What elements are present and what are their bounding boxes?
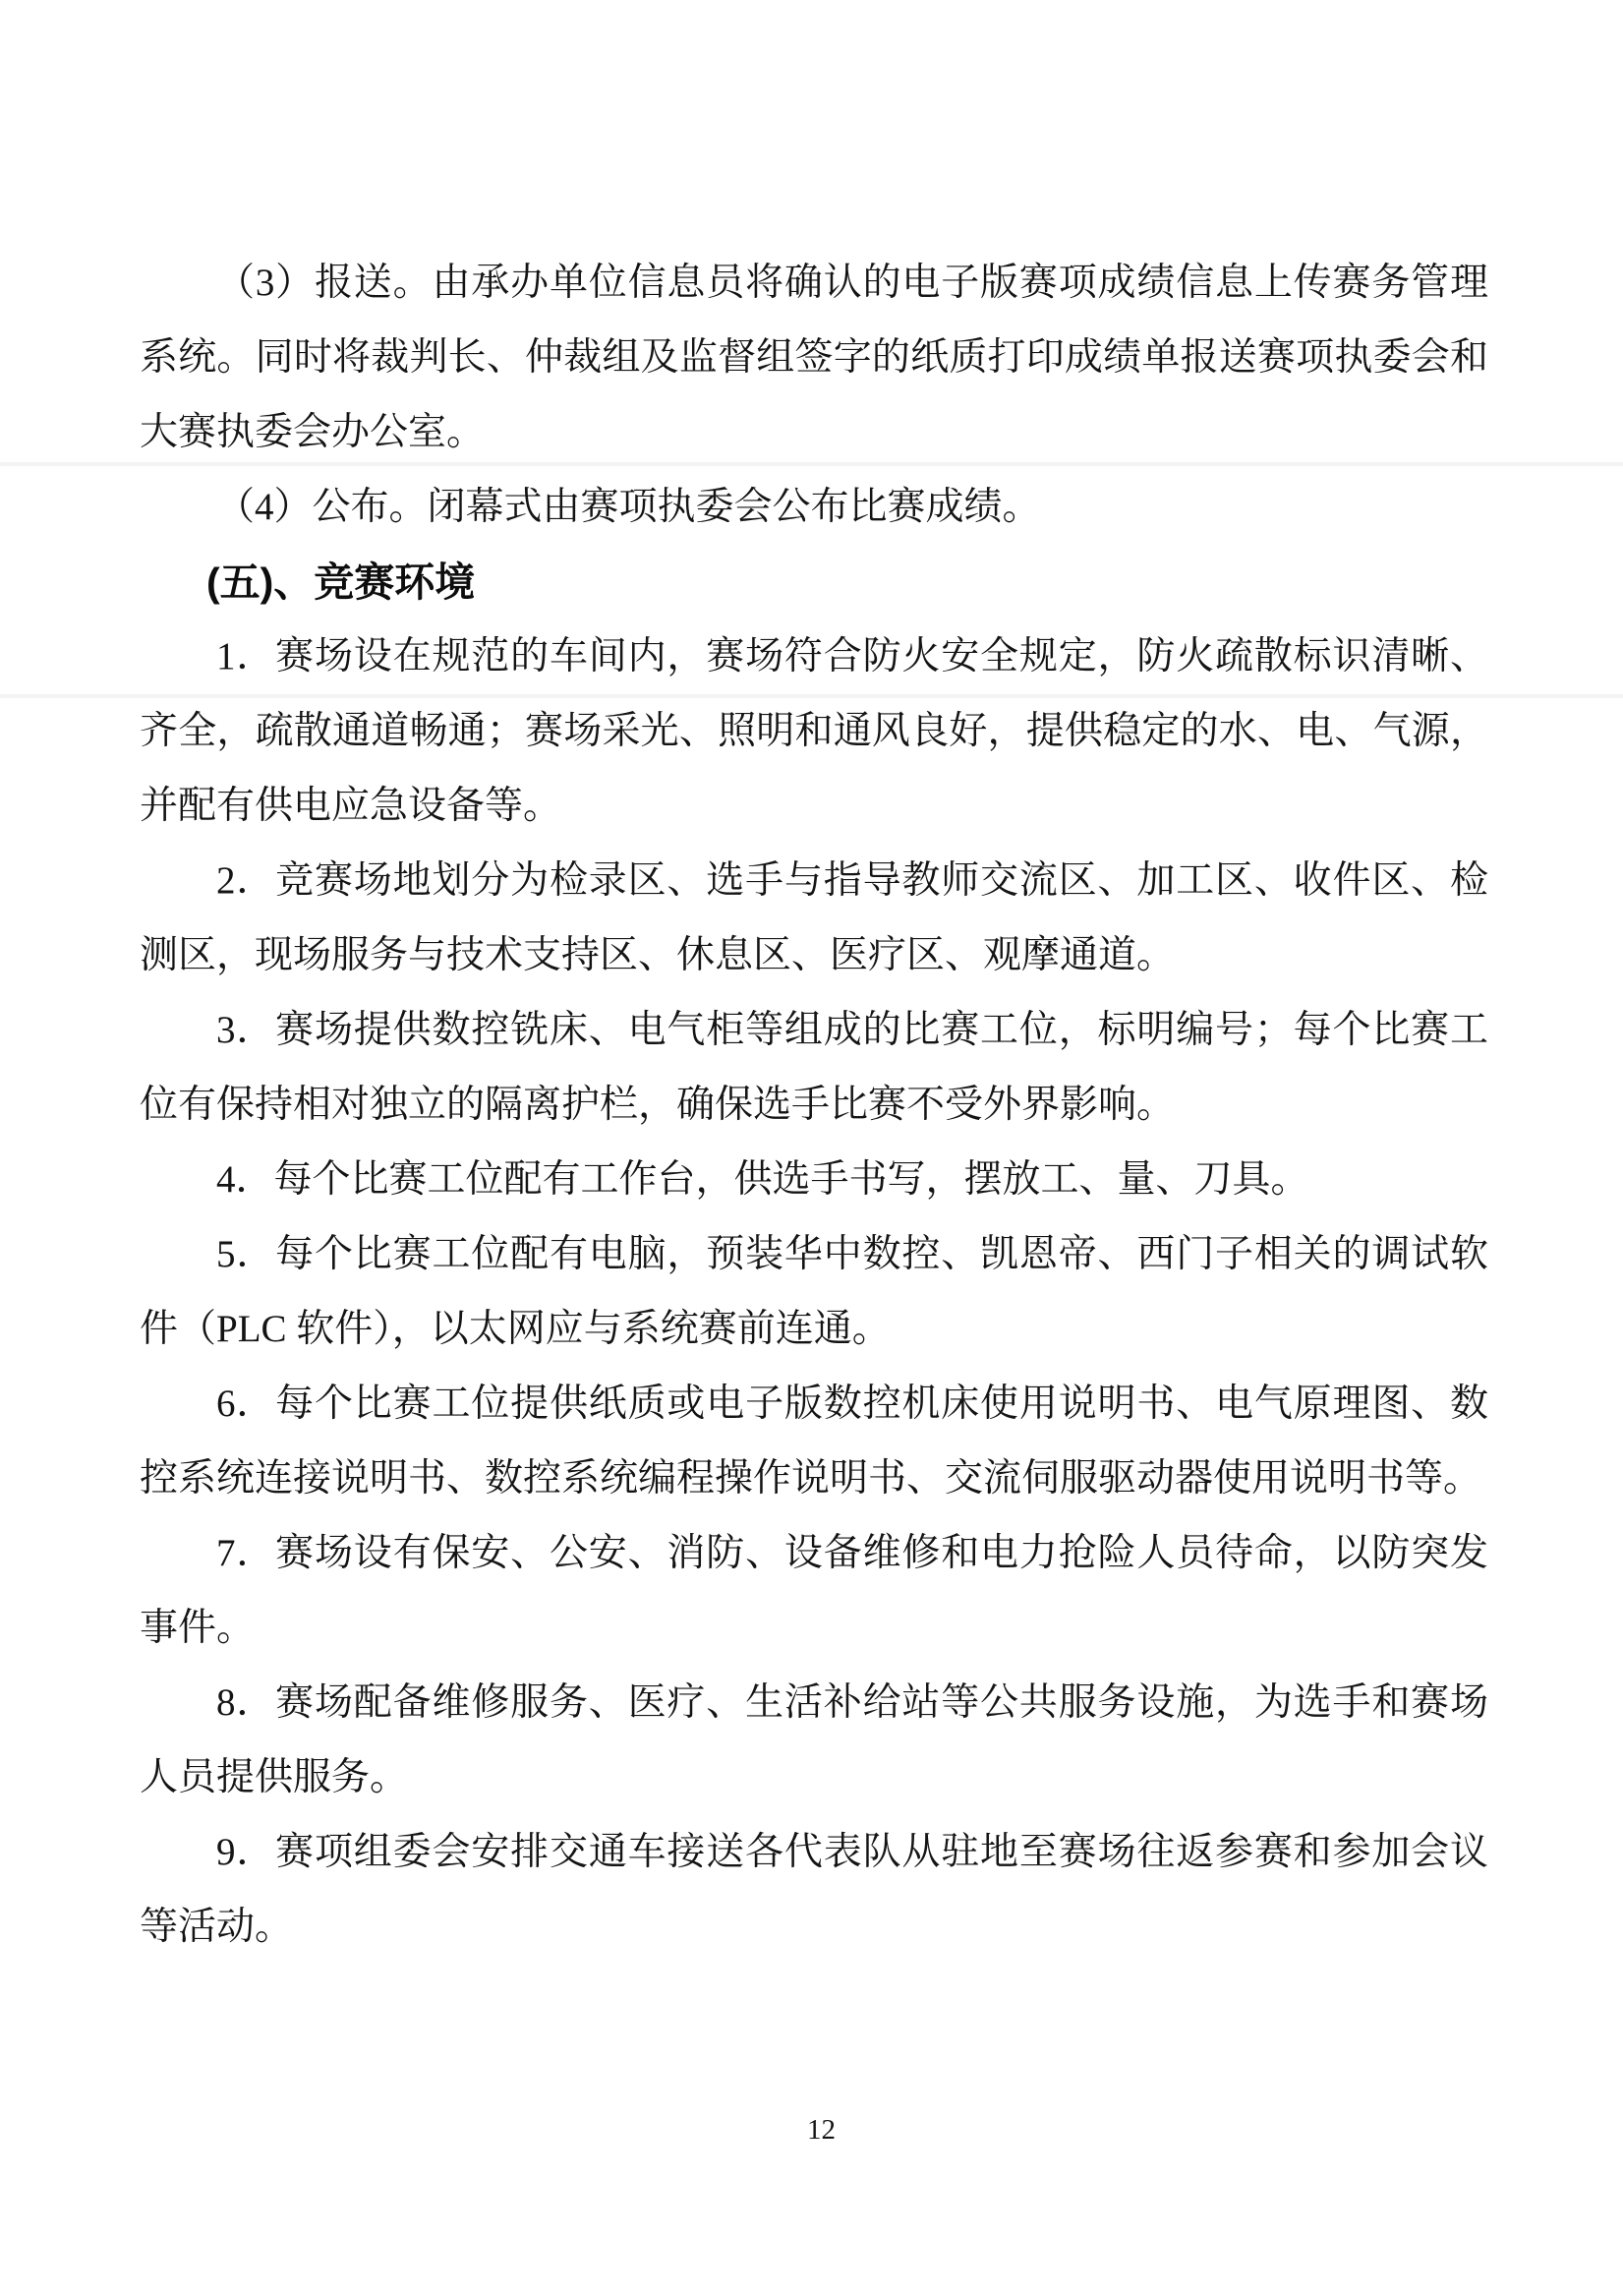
paragraph: 1．赛场设在规范的车间内，赛场符合防火安全规定，防火疏散标识清晰、齐全，疏散通道…	[140, 619, 1488, 844]
page-number: 12	[0, 2110, 1623, 2149]
section-heading: (五)、竞赛环境	[140, 545, 1488, 619]
paragraph: （3）报送。由承办单位信息员将确认的电子版赛项成绩信息上传赛务管理系统。同时将裁…	[140, 246, 1488, 470]
paragraph: 7．赛场设有保安、公安、消防、设备维修和电力抢险人员待命，以防突发事件。	[140, 1516, 1488, 1666]
paragraph: 5．每个比赛工位配有电脑，预装华中数控、凯恩帝、西门子相关的调试软件（PLC 软…	[140, 1217, 1488, 1367]
paragraph: 9．赛项组委会安排交通车接送各代表队从驻地至赛场往返参赛和参加会议等活动。	[140, 1815, 1488, 1965]
document-body: （3）报送。由承办单位信息员将确认的电子版赛项成绩信息上传赛务管理系统。同时将裁…	[140, 246, 1488, 1965]
paragraph: 6．每个比赛工位提供纸质或电子版数控机床使用说明书、电气原理图、数控系统连接说明…	[140, 1367, 1488, 1516]
paragraph: 3．赛场提供数控铣床、电气柜等组成的比赛工位，标明编号；每个比赛工位有保持相对独…	[140, 993, 1488, 1143]
paragraph: （4）公布。闭幕式由赛项执委会公布比赛成绩。	[140, 470, 1488, 545]
paragraph: 8．赛场配备维修服务、医疗、生活补给站等公共服务设施，为选手和赛场人员提供服务。	[140, 1666, 1488, 1815]
paragraph: 2．竞赛场地划分为检录区、选手与指导教师交流区、加工区、收件区、检测区，现场服务…	[140, 844, 1488, 993]
paragraph: 4．每个比赛工位配有工作台，供选手书写，摆放工、量、刀具。	[140, 1143, 1488, 1217]
